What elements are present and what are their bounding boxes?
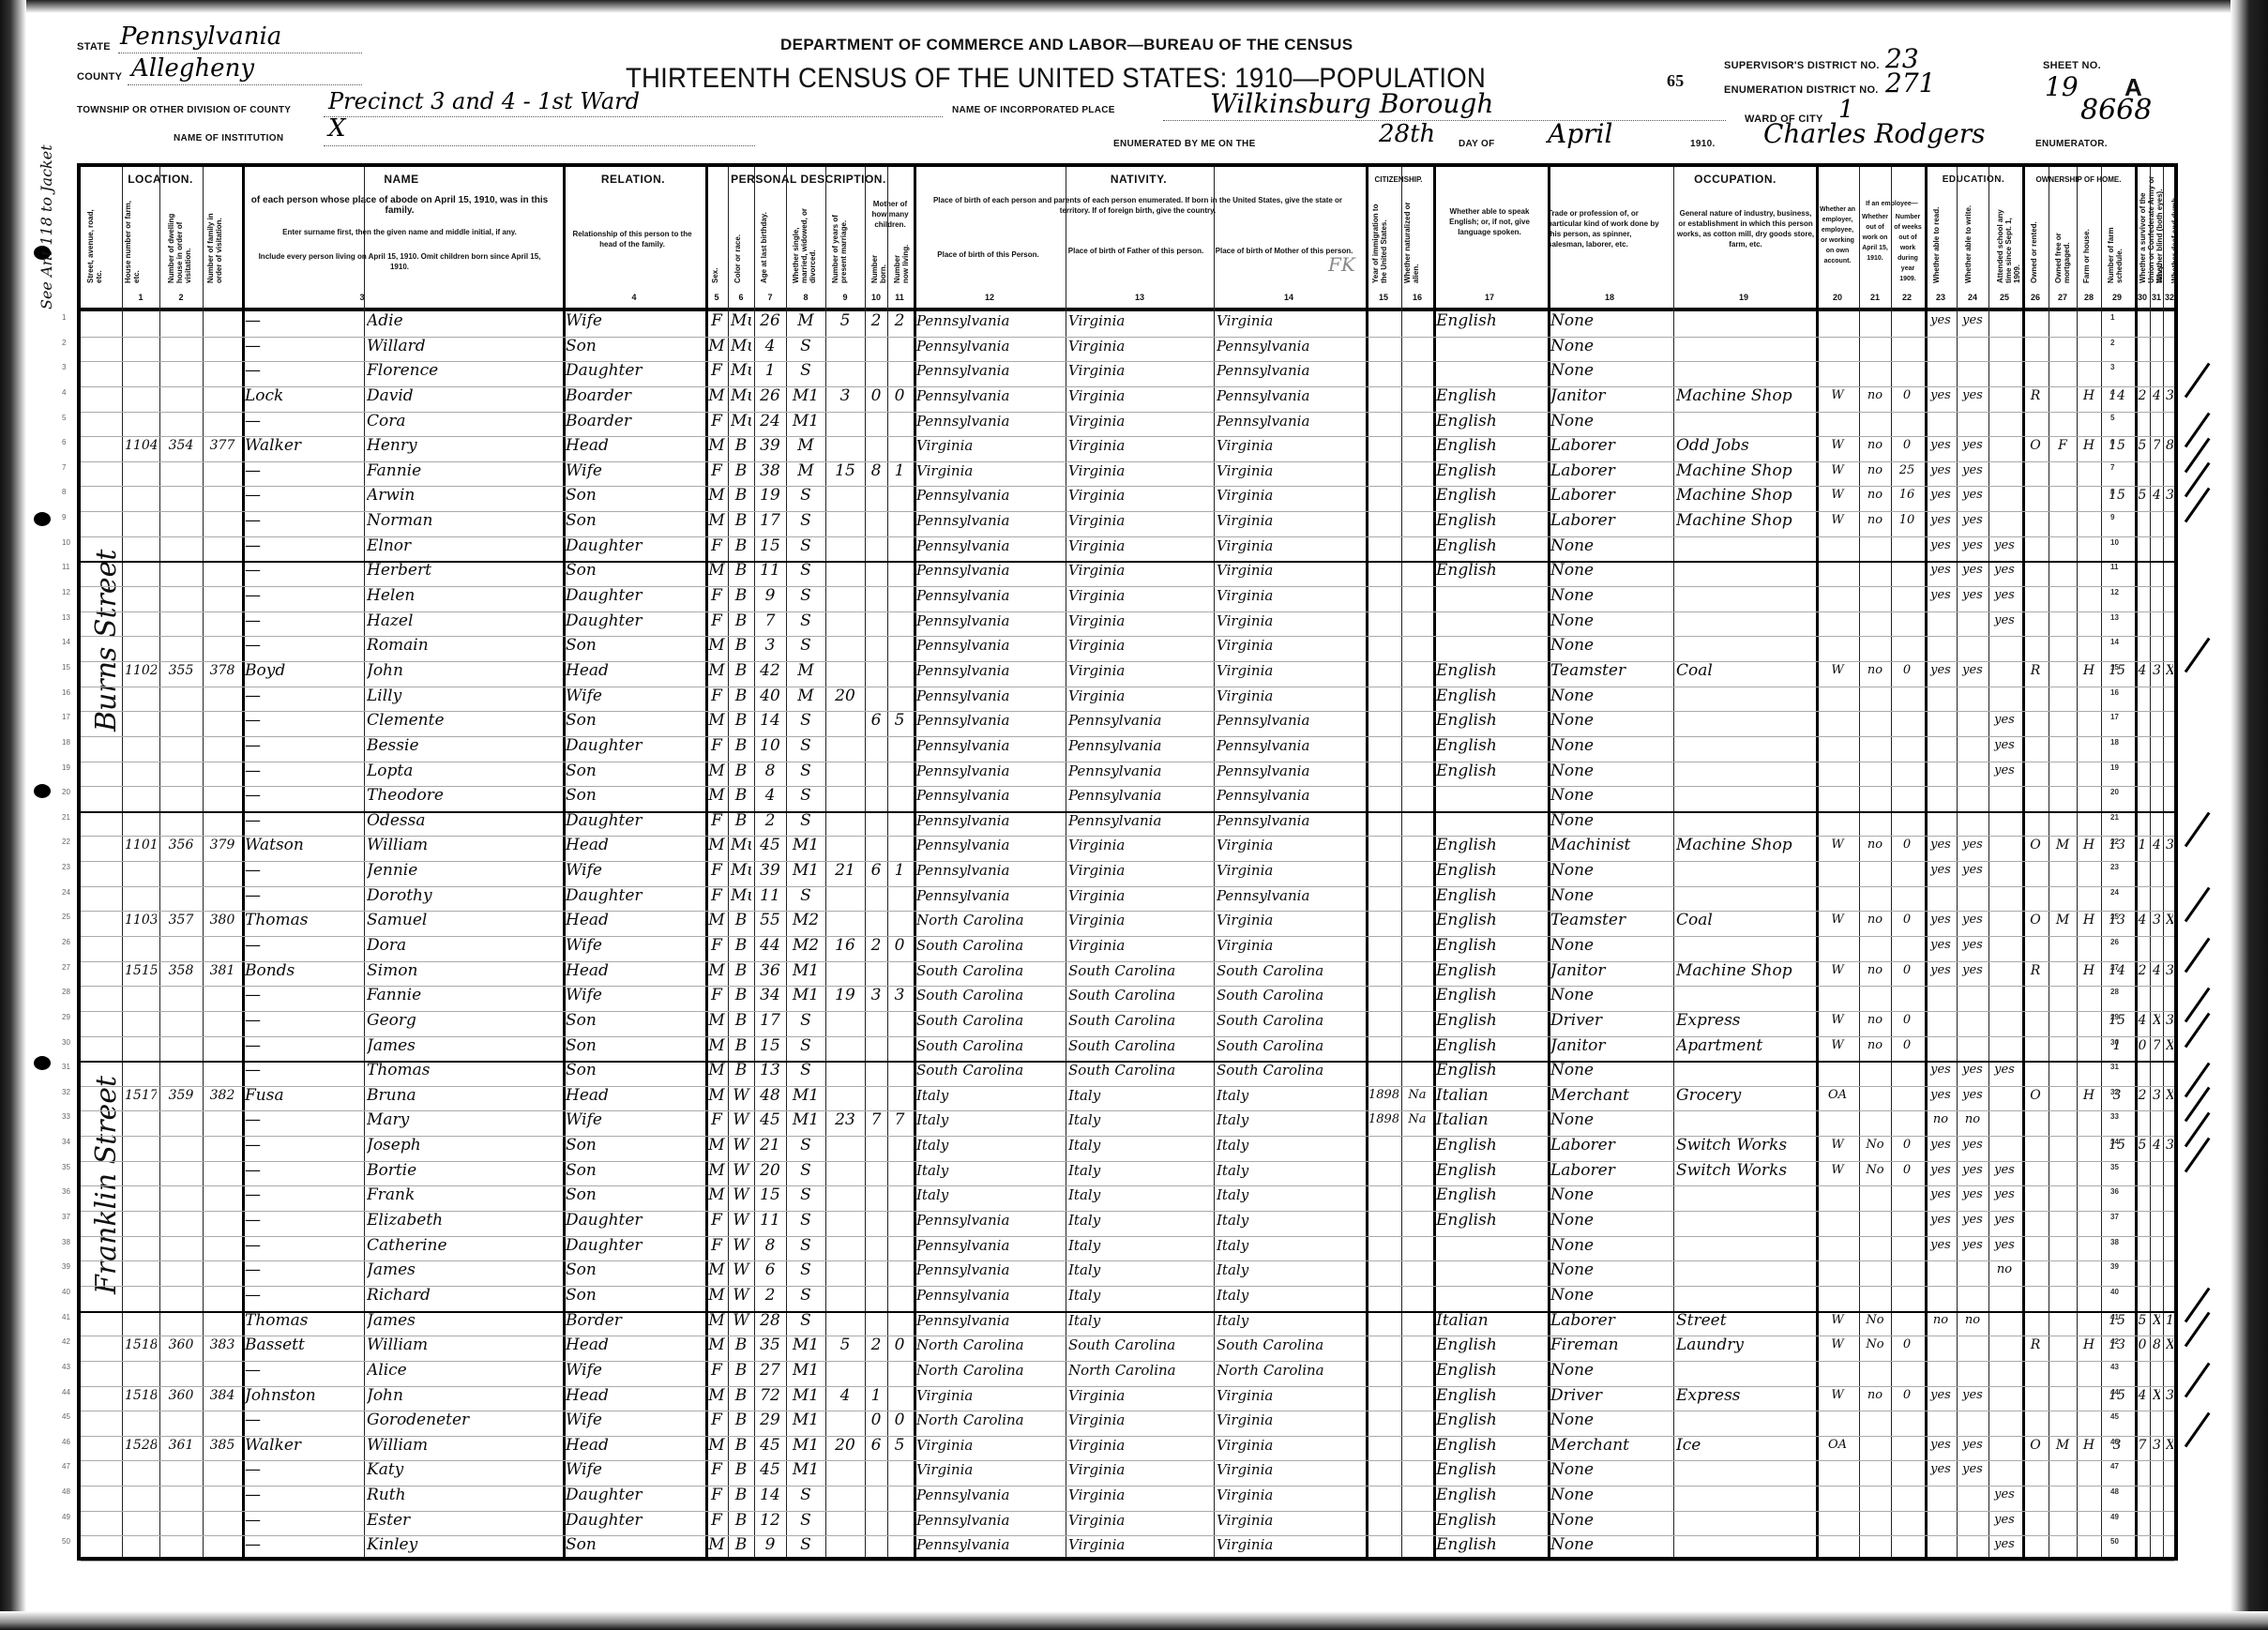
cell-read: yes xyxy=(1928,436,1954,455)
cell-fbp: Virginia xyxy=(1068,386,1211,405)
cell-age: 26 xyxy=(757,311,783,330)
cell-nat xyxy=(1404,762,1430,780)
cell-marital: S xyxy=(789,586,823,605)
cell-own xyxy=(2025,586,2046,605)
cell-mbp: Virginia xyxy=(1217,861,1361,880)
cell-sex: M xyxy=(708,1260,725,1279)
cell-dwelling: 360 xyxy=(162,1336,200,1354)
cell-surv xyxy=(2138,1236,2147,1255)
cell-dwelling xyxy=(162,1286,200,1305)
cell-sched xyxy=(2104,337,2130,355)
cell-free xyxy=(2051,936,2074,955)
cell-mbp: Virginia xyxy=(1217,561,1361,580)
cell-deaf xyxy=(2166,1411,2173,1429)
cell-mbp: Pennsylvania xyxy=(1217,736,1361,755)
cell-sched xyxy=(2104,311,2130,330)
cell-industry: Express xyxy=(1676,1386,1811,1405)
cell-write xyxy=(1959,687,1986,705)
cell-write xyxy=(1959,1486,1986,1504)
table-row: —OdessaDaughterFB2SPennsylvaniaPennsylva… xyxy=(81,811,2174,830)
cell-oow xyxy=(1862,1185,1888,1204)
cell-write: yes xyxy=(1959,1185,1986,1204)
cell-blind xyxy=(2153,861,2160,880)
cell-wks xyxy=(1894,1110,1920,1129)
cell-bp: South Carolina xyxy=(916,986,1063,1004)
cell-own: R xyxy=(2025,1336,2046,1354)
cell-surv xyxy=(2138,1361,2147,1380)
incorporated-place-value: Wilkinsburg Borough xyxy=(1210,88,1493,119)
cell-free xyxy=(2051,1086,2074,1105)
line-number: 48 xyxy=(2110,1487,2119,1496)
cell-write: yes xyxy=(1959,486,1986,505)
cell-living xyxy=(890,1236,909,1255)
cell-lang: English xyxy=(1436,911,1543,929)
cell-dwelling xyxy=(162,1185,200,1204)
cell-race: B xyxy=(731,511,751,530)
cell-oow xyxy=(1862,861,1888,880)
cell-imm xyxy=(1368,1036,1399,1055)
binding-hole-icon xyxy=(34,1056,51,1070)
cell-fbp: Italy xyxy=(1068,1286,1211,1305)
cell-sex: F xyxy=(708,586,725,605)
v-owned: Owned or rented. xyxy=(2030,201,2038,283)
cell-sex: F xyxy=(708,1211,725,1230)
cell-lang: English xyxy=(1436,561,1543,580)
cell-free xyxy=(2051,412,2074,430)
name-include: Include every person living on April 15,… xyxy=(249,251,550,272)
cell-emp xyxy=(1819,711,1856,730)
line-number-left: 22 xyxy=(62,838,70,846)
line-number-left: 6 xyxy=(62,438,66,446)
cell-own xyxy=(2025,337,2046,355)
cell-age: 45 xyxy=(757,1460,783,1479)
table-row: —HelenDaughterFB9SPennsylvaniaVirginiaVi… xyxy=(81,586,2174,605)
cell-relation: Son xyxy=(566,1286,701,1305)
cell-trade: Laborer xyxy=(1550,1136,1669,1155)
cell-fbp: South Carolina xyxy=(1068,961,1211,980)
cell-imm xyxy=(1368,1535,1399,1554)
cell-imm xyxy=(1368,786,1399,805)
cell-living: 3 xyxy=(890,986,909,1004)
column-number: 9 xyxy=(836,293,854,302)
line-number: 28 xyxy=(2110,988,2119,996)
cell-free xyxy=(2051,1236,2074,1255)
cell-deaf xyxy=(2166,1486,2173,1504)
cell-dwelling xyxy=(162,536,200,555)
cell-read: yes xyxy=(1928,1136,1954,1155)
cell-relation: Head xyxy=(566,1336,701,1354)
cell-emp xyxy=(1819,586,1856,605)
cell-mbp: South Carolina xyxy=(1217,986,1361,1004)
cell-trade: None xyxy=(1550,1460,1669,1479)
cell-dwelling xyxy=(162,611,200,630)
cell-school xyxy=(1991,1036,2018,1055)
cell-farm: H xyxy=(2079,836,2098,854)
cell-school xyxy=(1991,1011,2018,1030)
township-value: Precinct 3 and 4 - 1st Ward xyxy=(328,88,640,114)
line-number: 50 xyxy=(2110,1537,2119,1546)
line-number-left: 12 xyxy=(62,588,70,596)
cell-dwelling xyxy=(162,936,200,955)
table-row: —JamesSonMB15SSouth CarolinaSouth Caroli… xyxy=(81,1036,2174,1055)
cell-deaf xyxy=(2166,337,2173,355)
cell-bp: Pennsylvania xyxy=(916,711,1063,730)
institution-value: X xyxy=(328,114,346,143)
table-row: —RichardSonMW2SPennsylvaniaItalyItalyNon… xyxy=(81,1286,2174,1305)
cell-age: 15 xyxy=(757,1036,783,1055)
line-number: 23 xyxy=(2110,863,2119,871)
cell-own xyxy=(2025,311,2046,330)
cell-lang xyxy=(1436,337,1543,355)
cell-yrs xyxy=(828,661,862,680)
cell-relation: Daughter xyxy=(566,1236,701,1255)
line-number: 24 xyxy=(2110,888,2119,897)
cell-imm xyxy=(1368,1185,1399,1204)
cell-relation: Son xyxy=(566,511,701,530)
cell-marital: S xyxy=(789,611,823,630)
cell-deaf: X xyxy=(2166,1086,2173,1105)
cell-free: F xyxy=(2051,436,2074,455)
cell-blind xyxy=(2153,561,2160,580)
cell-wks xyxy=(1894,311,1920,330)
cell-surv xyxy=(2138,361,2147,380)
cell-living xyxy=(890,786,909,805)
cell-dwelling xyxy=(162,461,200,480)
cell-own xyxy=(2025,1361,2046,1380)
cell-marital: S xyxy=(789,511,823,530)
cell-living xyxy=(890,1486,909,1504)
cell-lang: English xyxy=(1436,1061,1543,1079)
cell-relation: Head xyxy=(566,1086,701,1105)
cell-free xyxy=(2051,811,2074,830)
line-number-left: 8 xyxy=(62,488,66,496)
cell-living xyxy=(890,511,909,530)
line-number: 2 xyxy=(2110,339,2114,347)
cell-imm xyxy=(1368,1011,1399,1030)
cell-mbp: Italy xyxy=(1217,1260,1361,1279)
cell-born xyxy=(868,361,885,380)
cell-lang: English xyxy=(1436,886,1543,905)
cell-wks xyxy=(1894,1311,1920,1330)
cell-bp: Pennsylvania xyxy=(916,886,1063,905)
cell-emp: W xyxy=(1819,1036,1856,1055)
cell-age: 11 xyxy=(757,1211,783,1230)
cell-emp xyxy=(1819,1361,1856,1380)
cell-yrs xyxy=(828,786,862,805)
cell-oow: no xyxy=(1862,661,1888,680)
cell-dwelling xyxy=(162,1236,200,1255)
cell-write: yes xyxy=(1959,1086,1986,1105)
cell-race: B xyxy=(731,586,751,605)
cell-read xyxy=(1928,1511,1954,1530)
cell-school: yes xyxy=(1991,1161,2018,1180)
state-underline xyxy=(118,53,362,53)
cell-family xyxy=(205,1411,239,1429)
cell-fbp: Pennsylvania xyxy=(1068,786,1211,805)
cell-wks xyxy=(1894,1286,1920,1305)
cell-family xyxy=(205,636,239,655)
cell-emp: W xyxy=(1819,1011,1856,1030)
cell-given: Odessa xyxy=(367,811,558,830)
cell-write xyxy=(1959,736,1986,755)
cell-farm xyxy=(2079,1036,2098,1055)
cell-read xyxy=(1928,1336,1954,1354)
table-row: —ClementeSonMB14S65PennsylvaniaPennsylva… xyxy=(81,711,2174,730)
cell-own xyxy=(2025,1161,2046,1180)
cell-wks xyxy=(1894,561,1920,580)
cell-nat xyxy=(1404,836,1430,854)
cell-lang: English xyxy=(1436,711,1543,730)
enumeration-district-value: 271 xyxy=(1885,68,1935,98)
cell-blind xyxy=(2153,1361,2160,1380)
column-number: 7 xyxy=(761,293,779,302)
line-number: 11 xyxy=(2110,563,2118,571)
cell-age: 27 xyxy=(757,1361,783,1380)
cell-fbp: Virginia xyxy=(1068,511,1211,530)
cell-nat xyxy=(1404,561,1430,580)
cell-born xyxy=(868,561,885,580)
cell-emp xyxy=(1819,1260,1856,1279)
cell-relation: Wife xyxy=(566,1110,701,1129)
cell-emp xyxy=(1819,361,1856,380)
cell-free xyxy=(2051,1036,2074,1055)
cell-emp xyxy=(1819,1236,1856,1255)
cell-bp: Virginia xyxy=(916,436,1063,455)
cell-marital: M xyxy=(789,436,823,455)
cell-oow xyxy=(1862,1110,1888,1129)
cell-write: yes xyxy=(1959,936,1986,955)
cell-write: yes xyxy=(1959,586,1986,605)
cell-emp xyxy=(1819,412,1856,430)
cell-nat xyxy=(1404,687,1430,705)
cell-own xyxy=(2025,1286,2046,1305)
cell-born xyxy=(868,911,885,929)
table-row: —MaryWifeFW45M12377ItalyItalyItaly1898Na… xyxy=(81,1110,2174,1129)
cell-free xyxy=(2051,861,2074,880)
cell-dwelling: 360 xyxy=(162,1386,200,1405)
cell-race: Mu xyxy=(731,337,751,355)
line-number-left: 40 xyxy=(62,1288,70,1296)
cell-surname: — xyxy=(245,361,361,380)
cell-school: yes xyxy=(1991,611,2018,630)
cell-age: 6 xyxy=(757,1260,783,1279)
line-number: 40 xyxy=(2110,1288,2119,1296)
cell-lang: English xyxy=(1436,861,1543,880)
cell-sex: F xyxy=(708,1361,725,1380)
cell-free xyxy=(2051,461,2074,480)
cell-lang: Italian xyxy=(1436,1110,1543,1129)
line-number: 9 xyxy=(2110,513,2114,521)
cell-bp: Pennsylvania xyxy=(916,361,1063,380)
cell-write: yes xyxy=(1959,436,1986,455)
cell-deaf: 3 xyxy=(2166,836,2173,854)
cell-yrs xyxy=(828,586,862,605)
cell-marital: S xyxy=(789,1535,823,1554)
cell-surv: 4 xyxy=(2138,661,2147,680)
cell-nat xyxy=(1404,1511,1430,1530)
cell-surname: — xyxy=(245,936,361,955)
cell-race: W xyxy=(731,1286,751,1305)
cell-farm xyxy=(2079,361,2098,380)
cell-farm xyxy=(2079,1486,2098,1504)
v-house: House number or farm, etc. xyxy=(124,201,141,283)
cell-surv xyxy=(2138,1535,2147,1554)
township-underline xyxy=(324,116,943,117)
line-number-left: 2 xyxy=(62,339,66,347)
cell-deaf xyxy=(2166,1161,2173,1180)
cell-nat: Na xyxy=(1404,1086,1430,1105)
cell-trade: Teamster xyxy=(1550,661,1669,680)
cell-yrs: 20 xyxy=(828,1436,862,1455)
cell-bp: Pennsylvania xyxy=(916,561,1063,580)
cell-house xyxy=(125,1161,157,1180)
cell-given: Thomas xyxy=(367,1061,558,1079)
group-relation: RELATION. xyxy=(563,174,703,185)
cell-free xyxy=(2051,986,2074,1004)
cell-fbp: Virginia xyxy=(1068,886,1211,905)
cell-blind xyxy=(2153,711,2160,730)
cell-race: W xyxy=(731,1236,751,1255)
cell-relation: Head xyxy=(566,1436,701,1455)
cell-industry xyxy=(1676,1460,1811,1479)
cell-sex: M xyxy=(708,1011,725,1030)
cell-house: 1518 xyxy=(125,1336,157,1354)
cell-read: no xyxy=(1928,1311,1954,1330)
cell-born xyxy=(868,536,885,555)
cell-dwelling xyxy=(162,1460,200,1479)
cell-house xyxy=(125,1460,157,1479)
cell-free xyxy=(2051,1535,2074,1554)
cell-school: yes xyxy=(1991,1061,2018,1079)
cell-relation: Daughter xyxy=(566,736,701,755)
cell-living xyxy=(890,1061,909,1079)
cell-emp xyxy=(1819,1460,1856,1479)
cell-trade: None xyxy=(1550,736,1669,755)
cell-surname: — xyxy=(245,786,361,805)
cell-family xyxy=(205,936,239,955)
cell-nat xyxy=(1404,1136,1430,1155)
line-number-left: 16 xyxy=(62,688,70,697)
cell-fbp: Italy xyxy=(1068,1086,1211,1105)
cell-imm xyxy=(1368,1436,1399,1455)
table-row: —FannieWifeFB38M1581VirginiaVirginiaVirg… xyxy=(81,461,2174,480)
cell-own: O xyxy=(2025,1086,2046,1105)
cell-sex: M xyxy=(708,1311,725,1330)
cell-school: yes xyxy=(1991,561,2018,580)
cell-deaf: 3 xyxy=(2166,1011,2173,1030)
cell-read xyxy=(1928,636,1954,655)
cell-industry: Switch Works xyxy=(1676,1161,1811,1180)
cell-imm xyxy=(1368,911,1399,929)
table-row: 1515358381BondsSimonHeadMB36M1South Caro… xyxy=(81,961,2174,980)
cell-sex: F xyxy=(708,886,725,905)
cell-school xyxy=(1991,961,2018,980)
column-number: 21 xyxy=(1866,293,1884,302)
cell-wks xyxy=(1894,1535,1920,1554)
cell-living xyxy=(890,1535,909,1554)
cell-wks: 0 xyxy=(1894,961,1920,980)
cell-given: Norman xyxy=(367,511,558,530)
cell-nat xyxy=(1404,1036,1430,1055)
cell-sex: F xyxy=(708,361,725,380)
table-row: —JamesSonMW6SPennsylvaniaItalyItalyNonen… xyxy=(81,1260,2174,1279)
cell-trade: None xyxy=(1550,886,1669,905)
cell-sex: F xyxy=(708,1486,725,1504)
cell-deaf xyxy=(2166,1535,2173,1554)
line-number: 1 xyxy=(2110,313,2114,322)
cell-mbp: Virginia xyxy=(1217,936,1361,955)
cell-fbp: Italy xyxy=(1068,1185,1211,1204)
cell-imm xyxy=(1368,886,1399,905)
cell-given: James xyxy=(367,1311,558,1330)
cell-dwelling xyxy=(162,736,200,755)
cell-own xyxy=(2025,786,2046,805)
binding-hole-icon xyxy=(34,512,51,526)
cell-relation: Son xyxy=(566,1061,701,1079)
cell-house xyxy=(125,1036,157,1055)
cell-relation: Son xyxy=(566,1185,701,1204)
line-number-left: 43 xyxy=(62,1363,70,1371)
cell-born: 2 xyxy=(868,311,885,330)
cell-lang xyxy=(1436,786,1543,805)
cell-read: yes xyxy=(1928,936,1954,955)
cell-emp xyxy=(1819,1211,1856,1230)
cell-surv xyxy=(2138,1161,2147,1180)
cell-age: 44 xyxy=(757,936,783,955)
cell-marital: M xyxy=(789,311,823,330)
cell-fbp: Virginia xyxy=(1068,311,1211,330)
cell-surv: 0 xyxy=(2138,1336,2147,1354)
cell-race: W xyxy=(731,1086,751,1105)
cell-house xyxy=(125,1136,157,1155)
cell-surv xyxy=(2138,1260,2147,1279)
cell-marital: S xyxy=(789,1511,823,1530)
cell-wks xyxy=(1894,1211,1920,1230)
table-row: —AliceWifeFB27M1North CarolinaNorth Caro… xyxy=(81,1361,2174,1380)
cell-industry: Grocery xyxy=(1676,1086,1811,1105)
cell-emp: W xyxy=(1819,486,1856,505)
cell-mbp: Pennsylvania xyxy=(1217,786,1361,805)
cell-mbp: South Carolina xyxy=(1217,1336,1361,1354)
cell-farm xyxy=(2079,1511,2098,1530)
cell-dwelling xyxy=(162,361,200,380)
column-number: 27 xyxy=(2053,293,2072,302)
cell-trade: None xyxy=(1550,1236,1669,1255)
cell-yrs xyxy=(828,1260,862,1279)
cell-blind xyxy=(2153,511,2160,530)
line-number: 19 xyxy=(2110,763,2119,772)
cell-deaf xyxy=(2166,711,2173,730)
cell-imm xyxy=(1368,1361,1399,1380)
cell-wks xyxy=(1894,586,1920,605)
cell-farm xyxy=(2079,586,2098,605)
cell-write xyxy=(1959,886,1986,905)
cell-mbp: Virginia xyxy=(1217,1386,1361,1405)
table-row: —ThomasSonMB13SSouth CarolinaSouth Carol… xyxy=(81,1061,2174,1079)
cell-mbp: Virginia xyxy=(1217,1486,1361,1504)
cell-given: Bruna xyxy=(367,1086,558,1105)
cell-relation: Daughter xyxy=(566,886,701,905)
cell-living xyxy=(890,586,909,605)
cell-write: yes xyxy=(1959,511,1986,530)
cell-industry xyxy=(1676,986,1811,1004)
cell-trade: None xyxy=(1550,337,1669,355)
group-location: LOCATION. xyxy=(81,174,240,185)
cell-oow: no xyxy=(1862,386,1888,405)
cell-trade: None xyxy=(1550,936,1669,955)
cell-mbp: Italy xyxy=(1217,1236,1361,1255)
cell-born xyxy=(868,611,885,630)
